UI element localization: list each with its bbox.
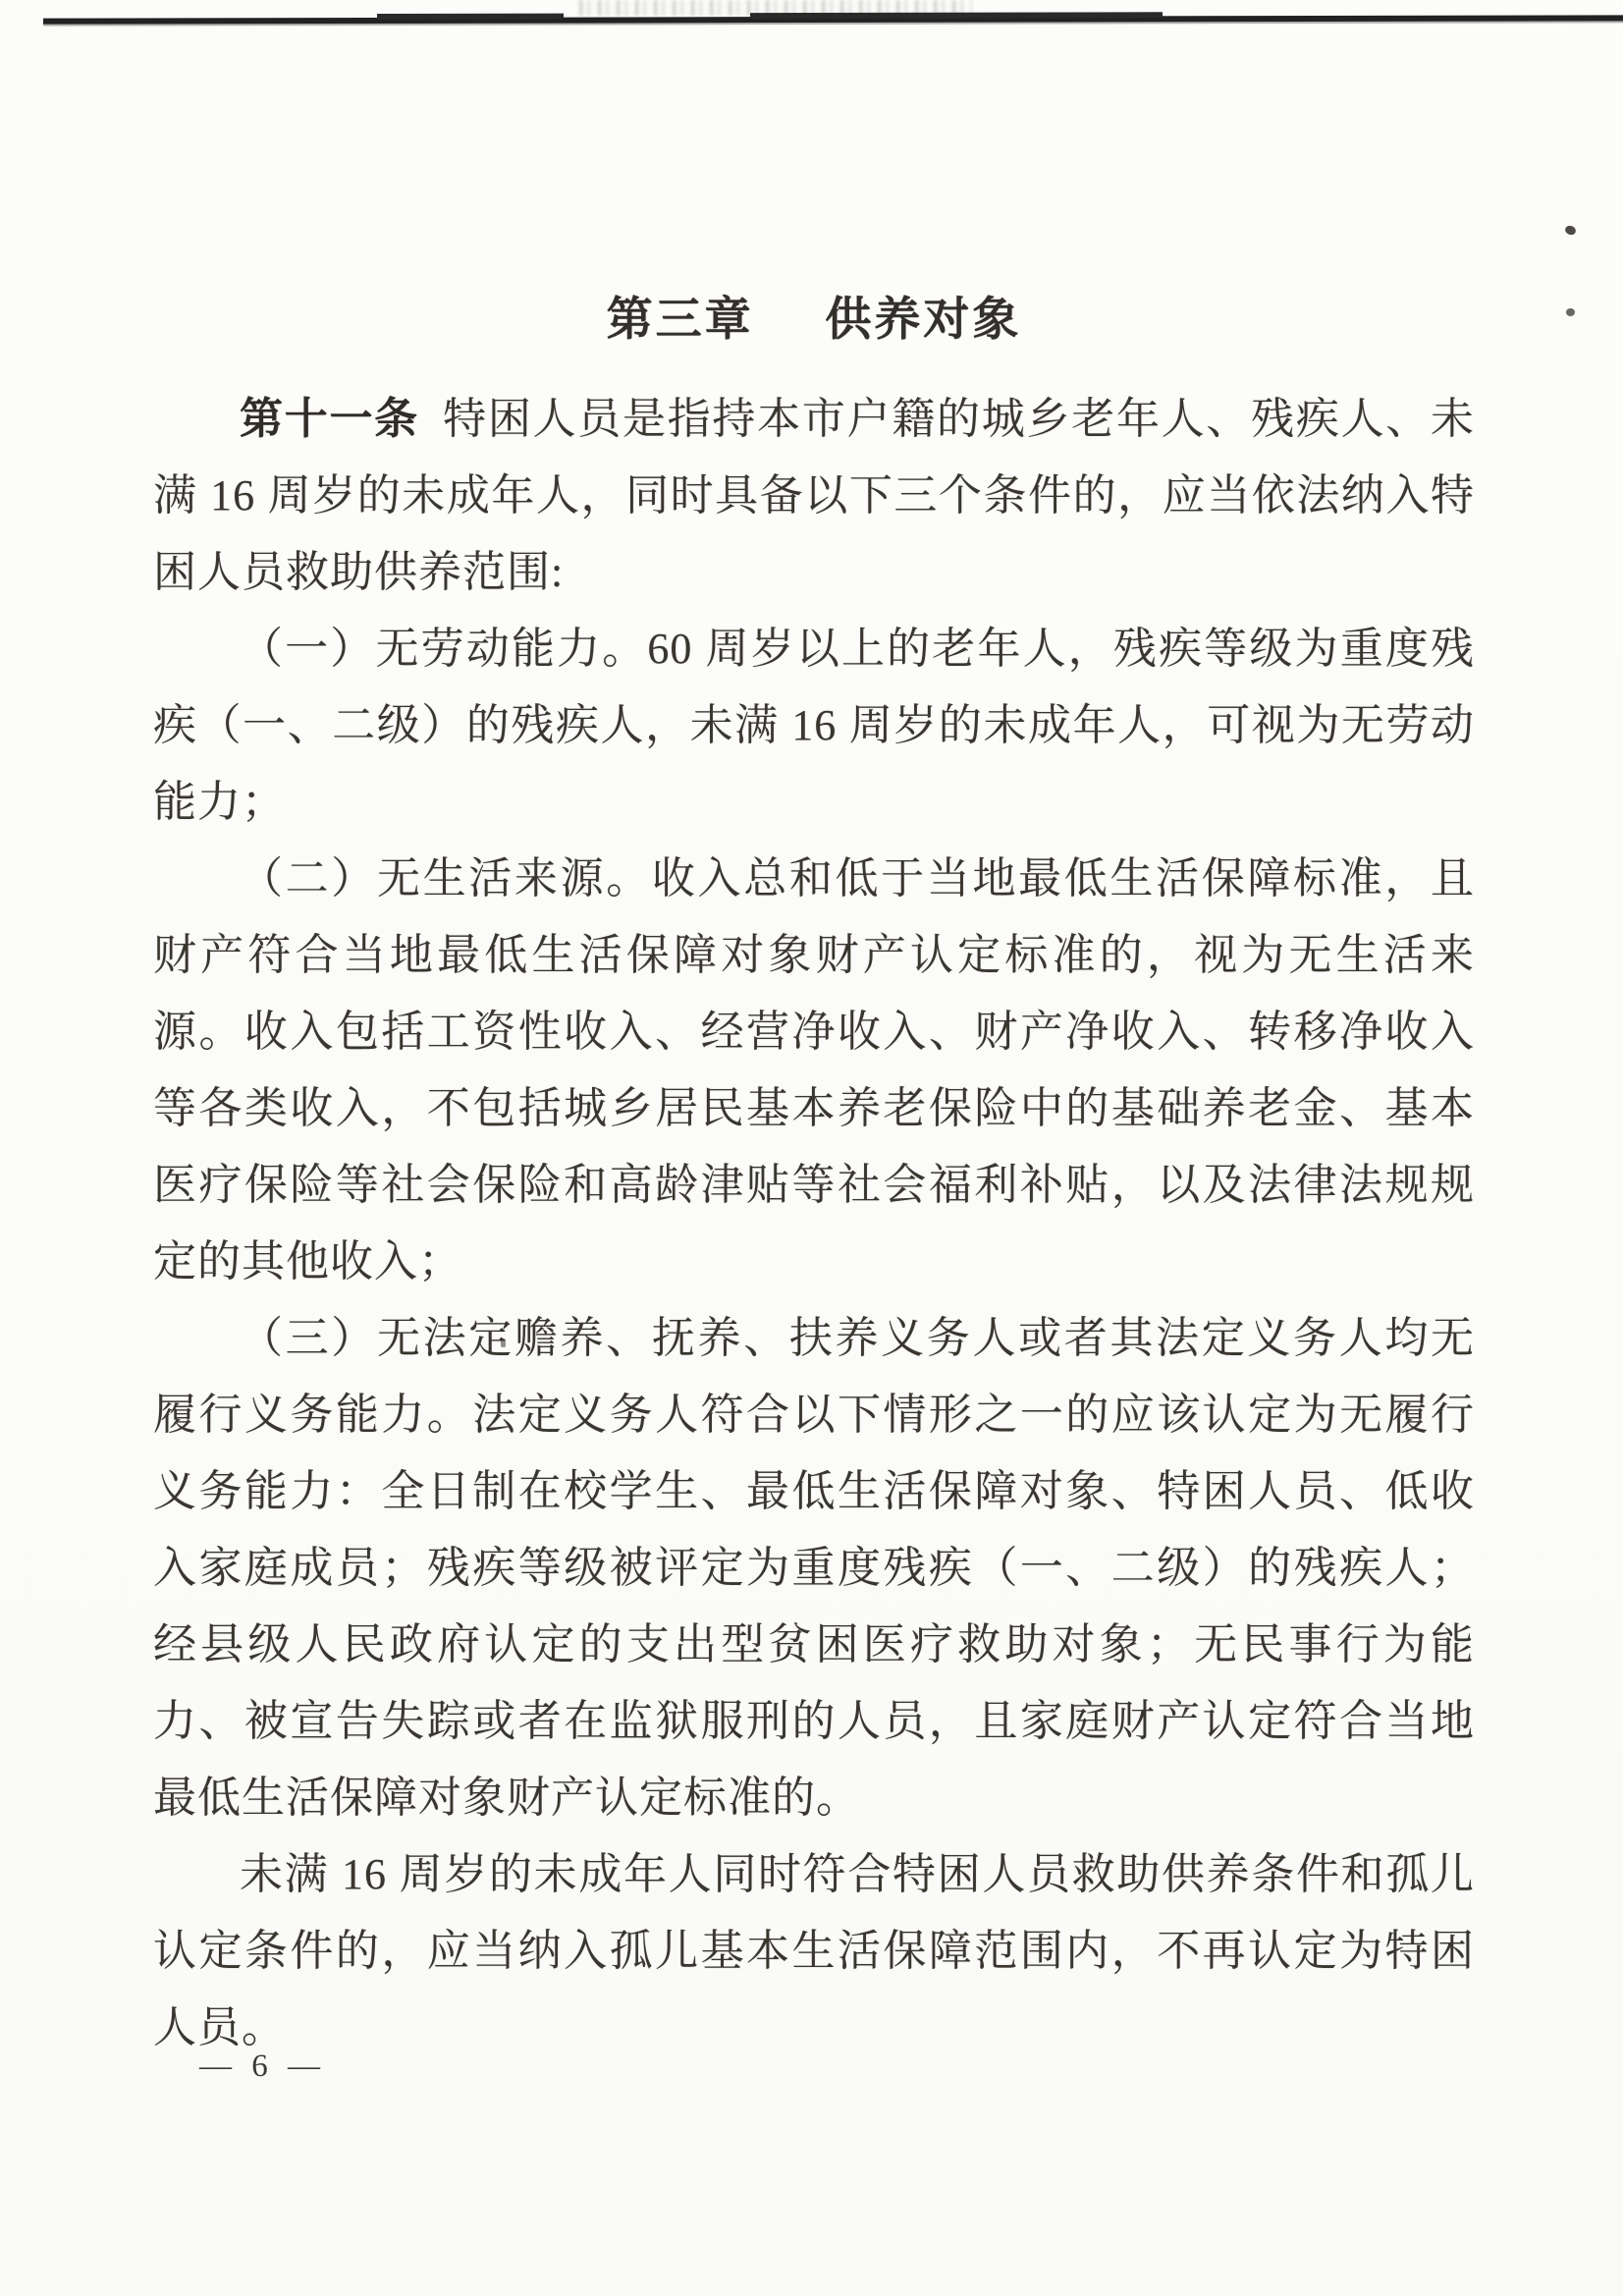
article-intro-paragraph: 第十一条特困人员是指持本市户籍的城乡老年人、残疾人、未满 16 周岁的未成年人，…: [153, 381, 1475, 611]
footer-page-number: — 6 —: [199, 2049, 326, 2085]
article-body: 第十一条特困人员是指持本市户籍的城乡老年人、残疾人、未满 16 周岁的未成年人，…: [153, 381, 1475, 2066]
scan-edge-line: [43, 15, 1623, 24]
article-item-paragraph: （一）无劳动能力。60 周岁以上的老年人，残疾等级为重度残疾（一、二级）的残疾人…: [153, 611, 1475, 841]
article-number-label: 第十一条: [240, 395, 419, 443]
scanned-document-page: 第三章供养对象 第十一条特困人员是指持本市户籍的城乡老年人、残疾人、未满 16 …: [0, 0, 1623, 2296]
article-item-paragraph: （三）无法定赡养、抚养、扶养义务人或者其法定义务人均无履行义务能力。法定义务人符…: [153, 1300, 1475, 1836]
ink-speck: [1564, 224, 1577, 236]
chapter-title: 第三章供养对象: [153, 283, 1475, 349]
article-item-paragraph: （二）无生活来源。收入总和低于当地最低生活保障标准，且财产符合当地最低生活保障对…: [153, 841, 1475, 1300]
ink-speck: [1566, 308, 1575, 316]
chapter-number: 第三章: [607, 295, 754, 346]
document-content: 第三章供养对象 第十一条特困人员是指持本市户籍的城乡老年人、残疾人、未满 16 …: [153, 283, 1475, 2066]
article-closing-paragraph: 未满 16 周岁的未成年人同时符合特困人员救助供养条件和孤儿认定条件的，应当纳入…: [153, 1836, 1475, 2066]
chapter-name: 供养对象: [825, 295, 1021, 346]
